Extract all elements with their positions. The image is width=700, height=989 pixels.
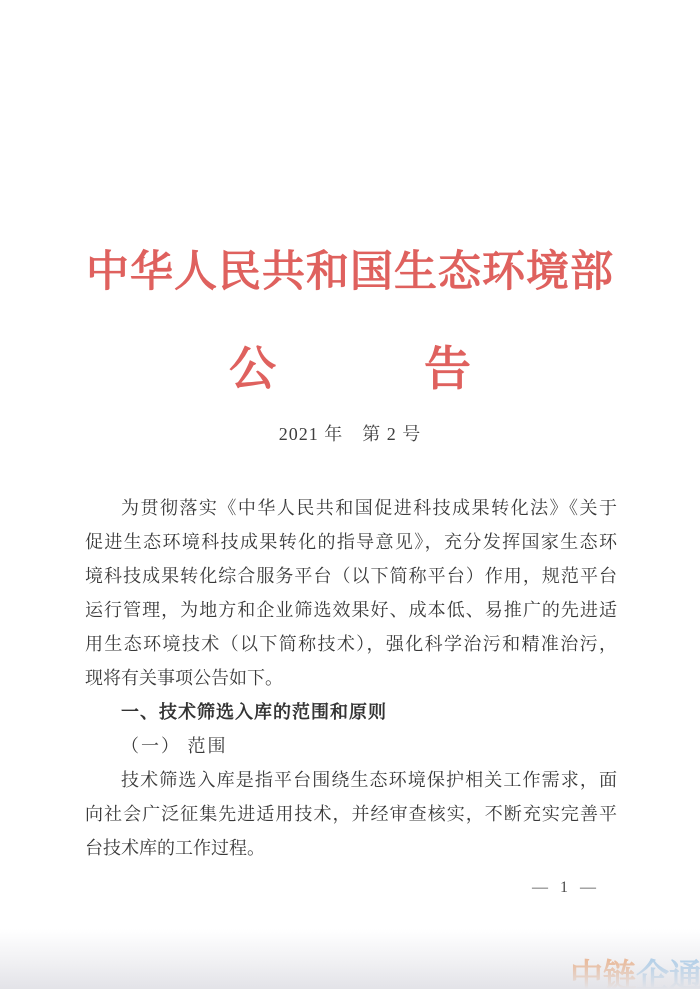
announcement-title: 公 告 xyxy=(0,332,700,399)
section-heading: 一、技术筛选入库的范围和原则 xyxy=(85,695,617,729)
issue-number-line: 2021 年 第 2 号 xyxy=(0,420,700,446)
sub-section-heading: （一） 范围 xyxy=(85,729,617,763)
page-number: — 1 — xyxy=(514,879,614,897)
document-body: 为贯彻落实《中华人民共和国促进科技成果转化法》《关于 促进生态环境科技成果转化的… xyxy=(85,491,617,865)
body-line: 为贯彻落实《中华人民共和国促进科技成果转化法》《关于 xyxy=(85,491,617,525)
body-line: 向社会广泛征集先进适用技术，并经审查核实，不断充实完善平 xyxy=(85,797,617,831)
body-line: 境科技成果转化综合服务平台（以下简称平台）作用，规范平台 xyxy=(85,559,617,593)
body-line: 现将有关事项公告如下。 xyxy=(85,661,617,695)
body-line: 运行管理，为地方和企业筛选效果好、成本低、易推广的先进适 xyxy=(85,593,617,627)
announcement-char-gong: 公 xyxy=(229,332,276,399)
document-page: 中华人民共和国生态环境部 公 告 2021 年 第 2 号 为贯彻落实《中华人民… xyxy=(0,0,700,989)
watermark-logo: 中链企通 xyxy=(570,950,700,989)
watermark-text-left: 中链 xyxy=(570,957,636,989)
watermark-text-right: 企通 xyxy=(636,957,700,989)
body-line: 台技术库的工作过程。 xyxy=(85,831,617,865)
body-line: 用生态环境技术（以下简称技术），强化科学治污和精准治污， xyxy=(85,627,617,661)
announcement-char-gao: 告 xyxy=(424,332,471,399)
body-line: 促进生态环境科技成果转化的指导意见》，充分发挥国家生态环 xyxy=(85,525,617,559)
body-line: 技术筛选入库是指平台围绕生态环境保护相关工作需求，面 xyxy=(85,763,617,797)
ministry-title: 中华人民共和国生态环境部 xyxy=(0,238,700,299)
